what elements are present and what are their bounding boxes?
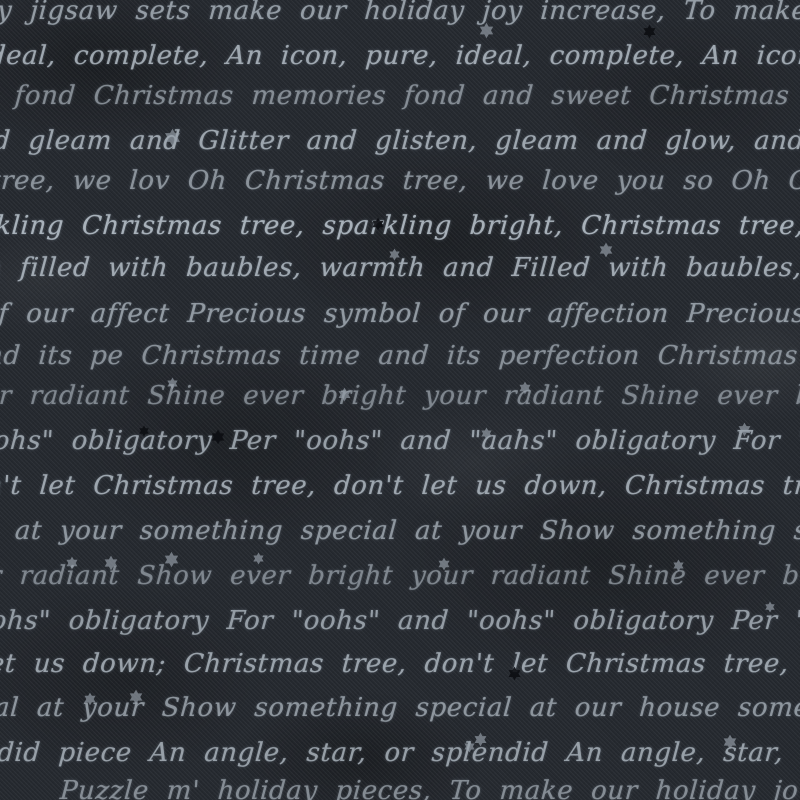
script-text-row: tree, we lov Oh Christmas tree, we love … <box>0 166 800 196</box>
script-text-row: don't let Christmas tree, don't let us d… <box>0 471 800 501</box>
script-text-row: "oohs" obligatory For "oohs" and "oohs" … <box>0 606 800 636</box>
script-text-row: Puzzle m' holiday pieces, To make our ho… <box>59 776 800 800</box>
script-text-row: warm filled with baubles, warmth and Fil… <box>0 253 800 283</box>
script-text-row: cial at your something special at your S… <box>0 516 800 546</box>
script-text-row: and its pe Christmas time and its perfec… <box>0 341 800 371</box>
script-text-row: "oohs" obligatory Per "oohs" and "aahs" … <box>0 426 800 456</box>
script-text-row: your radiant Shine ever bright your radi… <box>0 381 800 411</box>
star-icon <box>642 24 657 39</box>
script-text-row: lendid piece An angle, star, or splendid… <box>0 738 800 768</box>
script-text-row: joy jigsaw sets make our holiday joy inc… <box>0 0 800 26</box>
script-text-row: ries fond Christmas memories fond and sw… <box>0 81 800 111</box>
script-text-row: and gleam and Glitter and glisten, gleam… <box>0 126 800 156</box>
script-text-row: of our affect Precious symbol of our aff… <box>0 299 800 329</box>
script-text-row: let us down; Christmas tree, don't let C… <box>0 649 800 679</box>
script-text-row: ideal, complete, An icon, pure, ideal, c… <box>0 41 800 71</box>
fabric-swatch: joy jigsaw sets make our holiday joy inc… <box>0 0 800 800</box>
script-text-row: sparkling Christmas tree, sparkling brig… <box>0 211 800 241</box>
script-text-row: your radiant Show ever bright your radia… <box>0 561 800 591</box>
script-text-row: cial at your Show something special at o… <box>0 693 800 723</box>
